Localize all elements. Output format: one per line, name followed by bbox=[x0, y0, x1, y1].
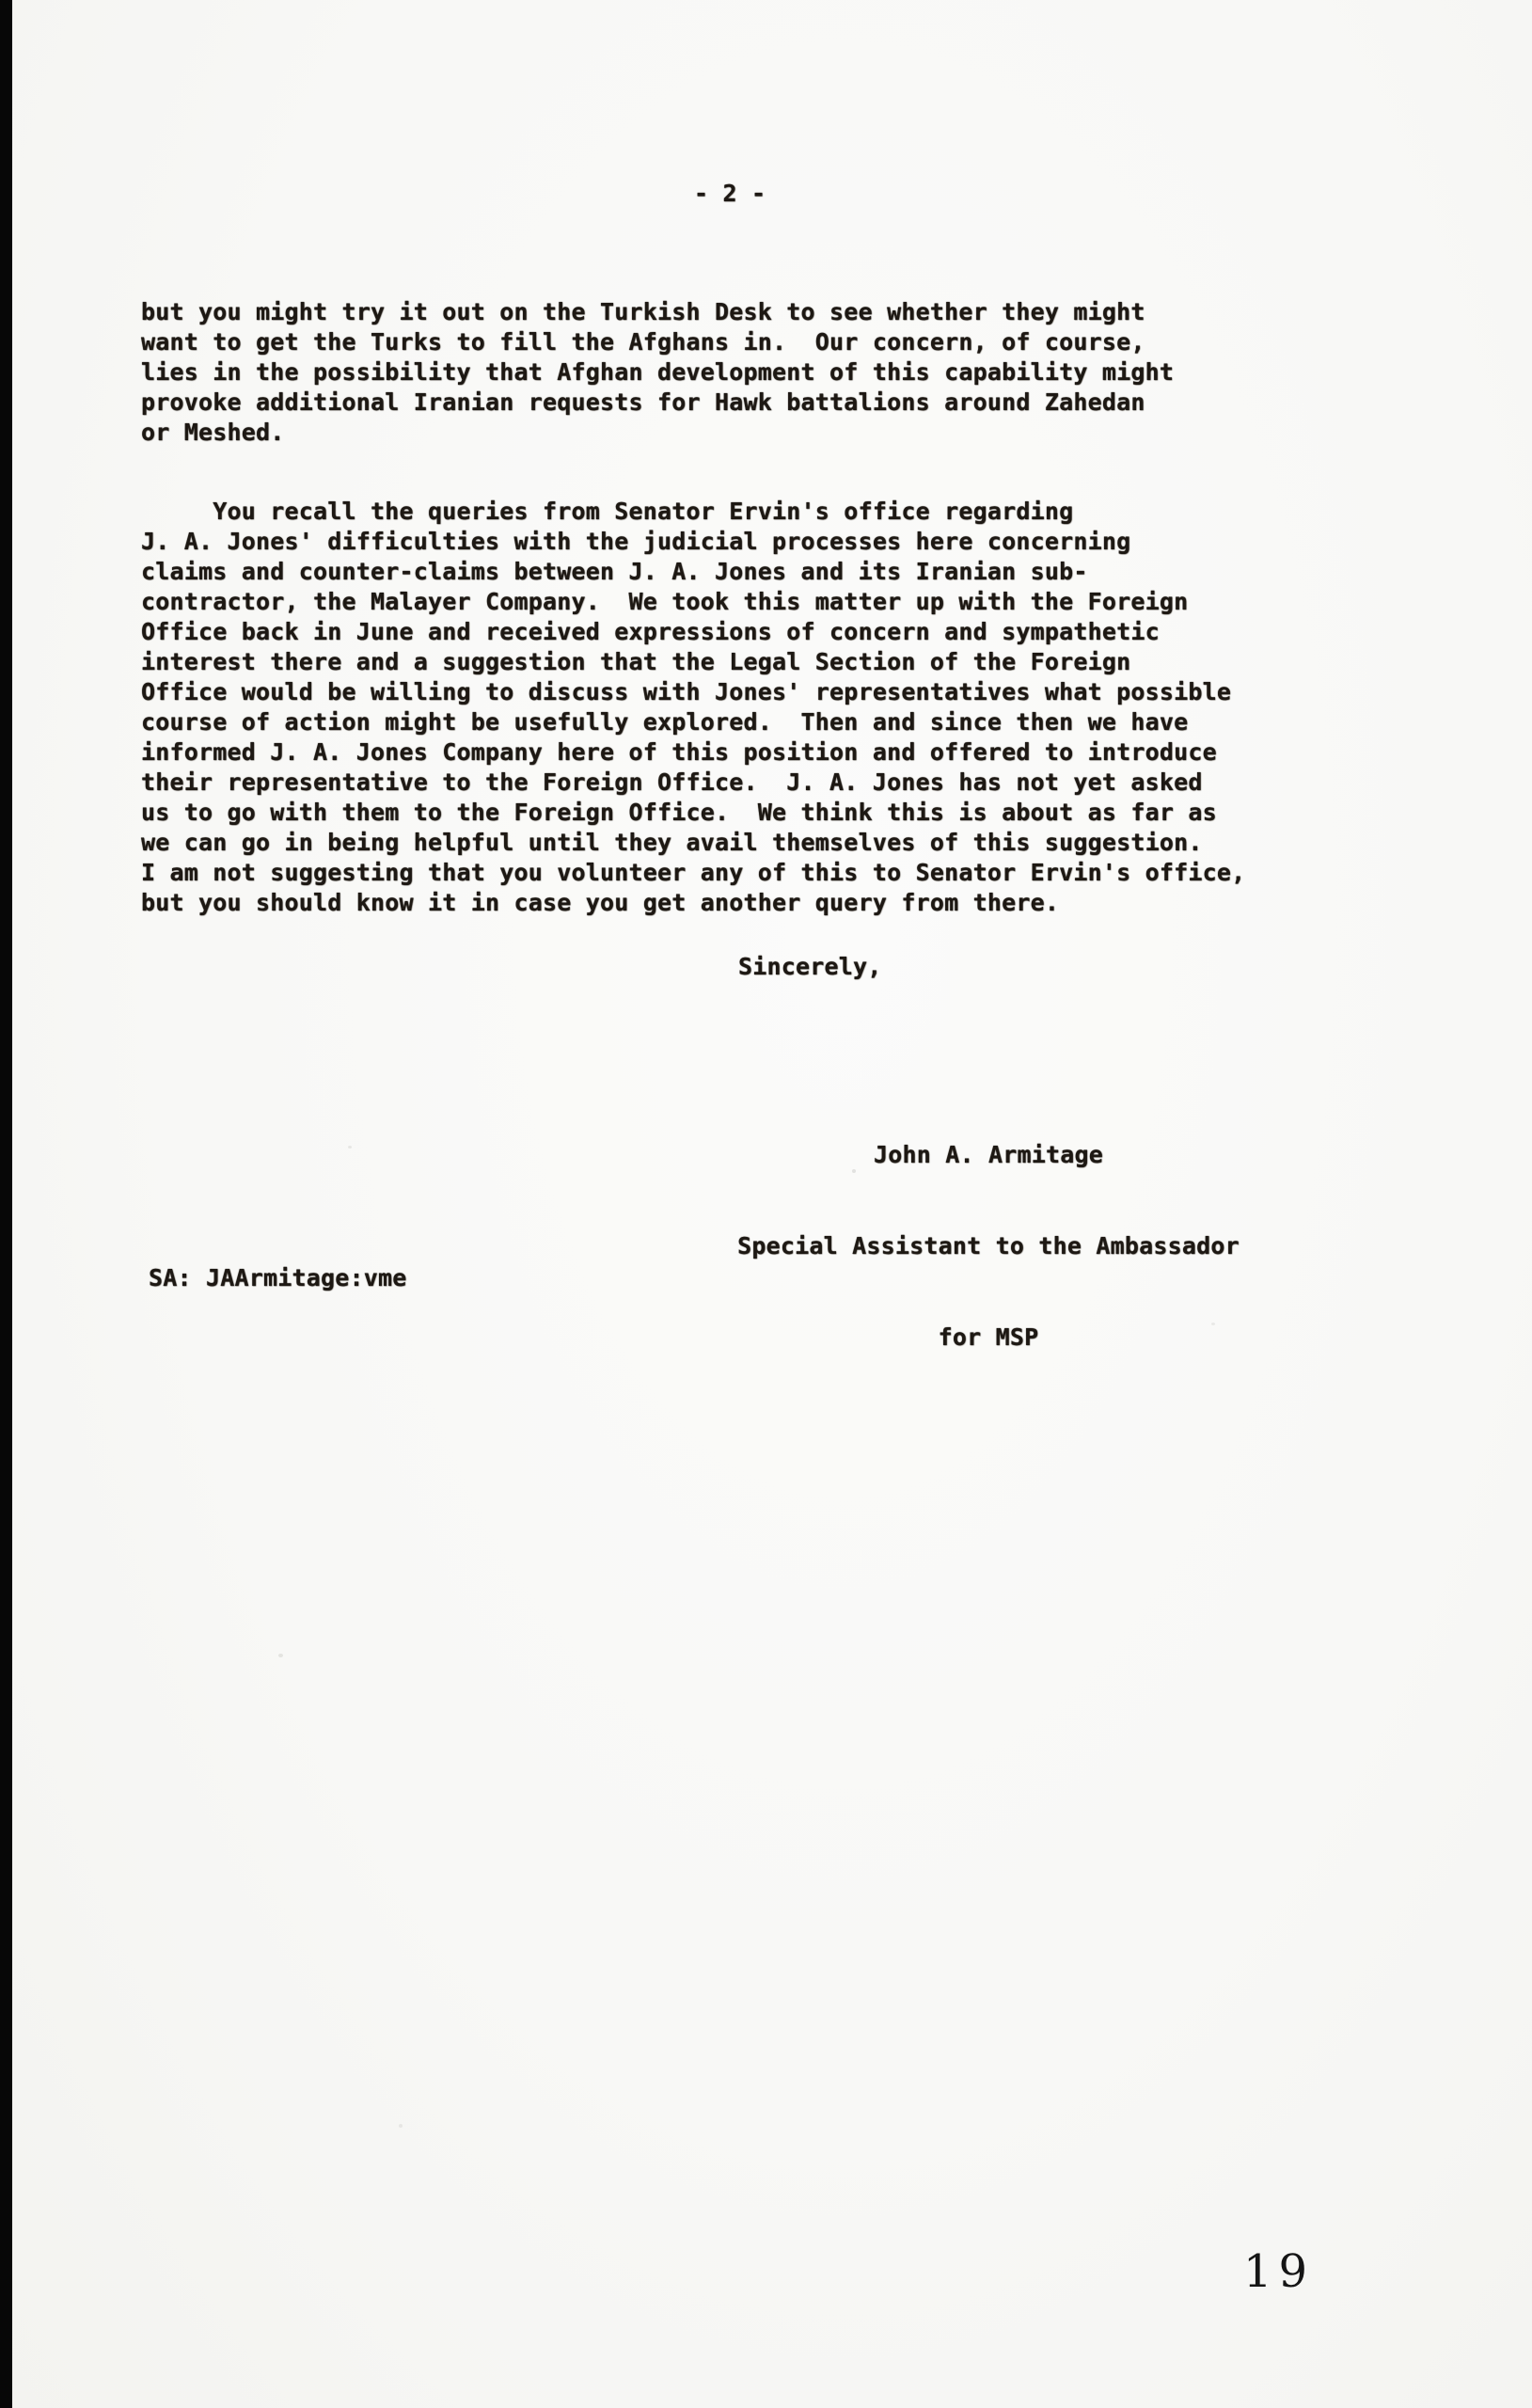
letter-closing: Sincerely, bbox=[738, 952, 882, 982]
typed-line: provoke additional Iranian requests for … bbox=[141, 388, 1174, 418]
typed-line: their representative to the Foreign Offi… bbox=[141, 768, 1245, 798]
scan-speck bbox=[399, 2124, 403, 2128]
typed-line: want to get the Turks to fill the Afghan… bbox=[141, 327, 1174, 357]
typed-line: us to go with them to the Foreign Office… bbox=[141, 798, 1245, 828]
signature-block: John A. Armitage Special Assistant to th… bbox=[659, 1080, 1318, 1414]
scan-speck bbox=[278, 1654, 283, 1657]
typed-line: You recall the queries from Senator Ervi… bbox=[141, 497, 1245, 527]
typed-line: or Meshed. bbox=[141, 418, 1174, 448]
document-page: - 2 - but you might try it out on the Tu… bbox=[0, 0, 1532, 2408]
typed-line: course of action might be usefully explo… bbox=[141, 707, 1245, 737]
signature-name: John A. Armitage bbox=[659, 1140, 1318, 1171]
typed-line: we can go in being helpful until they av… bbox=[141, 828, 1245, 858]
scan-edge-artifact bbox=[0, 0, 12, 2408]
typed-line: claims and counter-claims between J. A. … bbox=[141, 557, 1245, 587]
letter-paragraph-1: but you might try it out on the Turkish … bbox=[141, 297, 1174, 448]
letter-paragraph-2: You recall the queries from Senator Ervi… bbox=[141, 497, 1245, 918]
typed-line: Office back in June and received express… bbox=[141, 617, 1245, 647]
typed-line: interest there and a suggestion that the… bbox=[141, 647, 1245, 677]
signature-title-line2: for MSP bbox=[659, 1323, 1318, 1354]
typed-line: contractor, the Malayer Company. We took… bbox=[141, 587, 1245, 617]
footer-page-number: 19 bbox=[1243, 2244, 1314, 2299]
header-page-number: - 2 - bbox=[694, 179, 766, 209]
typed-line: but you should know it in case you get a… bbox=[141, 888, 1245, 918]
typist-reference: SA: JAArmitage:vme bbox=[149, 1263, 407, 1293]
signature-title-line1: Special Assistant to the Ambassador bbox=[659, 1231, 1318, 1262]
typed-line: J. A. Jones' difficulties with the judic… bbox=[141, 527, 1245, 557]
typed-line: but you might try it out on the Turkish … bbox=[141, 297, 1174, 327]
typed-line: Office would be willing to discuss with … bbox=[141, 677, 1245, 707]
scan-speck bbox=[348, 1146, 352, 1149]
typed-line: informed J. A. Jones Company here of thi… bbox=[141, 737, 1245, 768]
typed-line: I am not suggesting that you volunteer a… bbox=[141, 858, 1245, 888]
typed-line: lies in the possibility that Afghan deve… bbox=[141, 357, 1174, 388]
